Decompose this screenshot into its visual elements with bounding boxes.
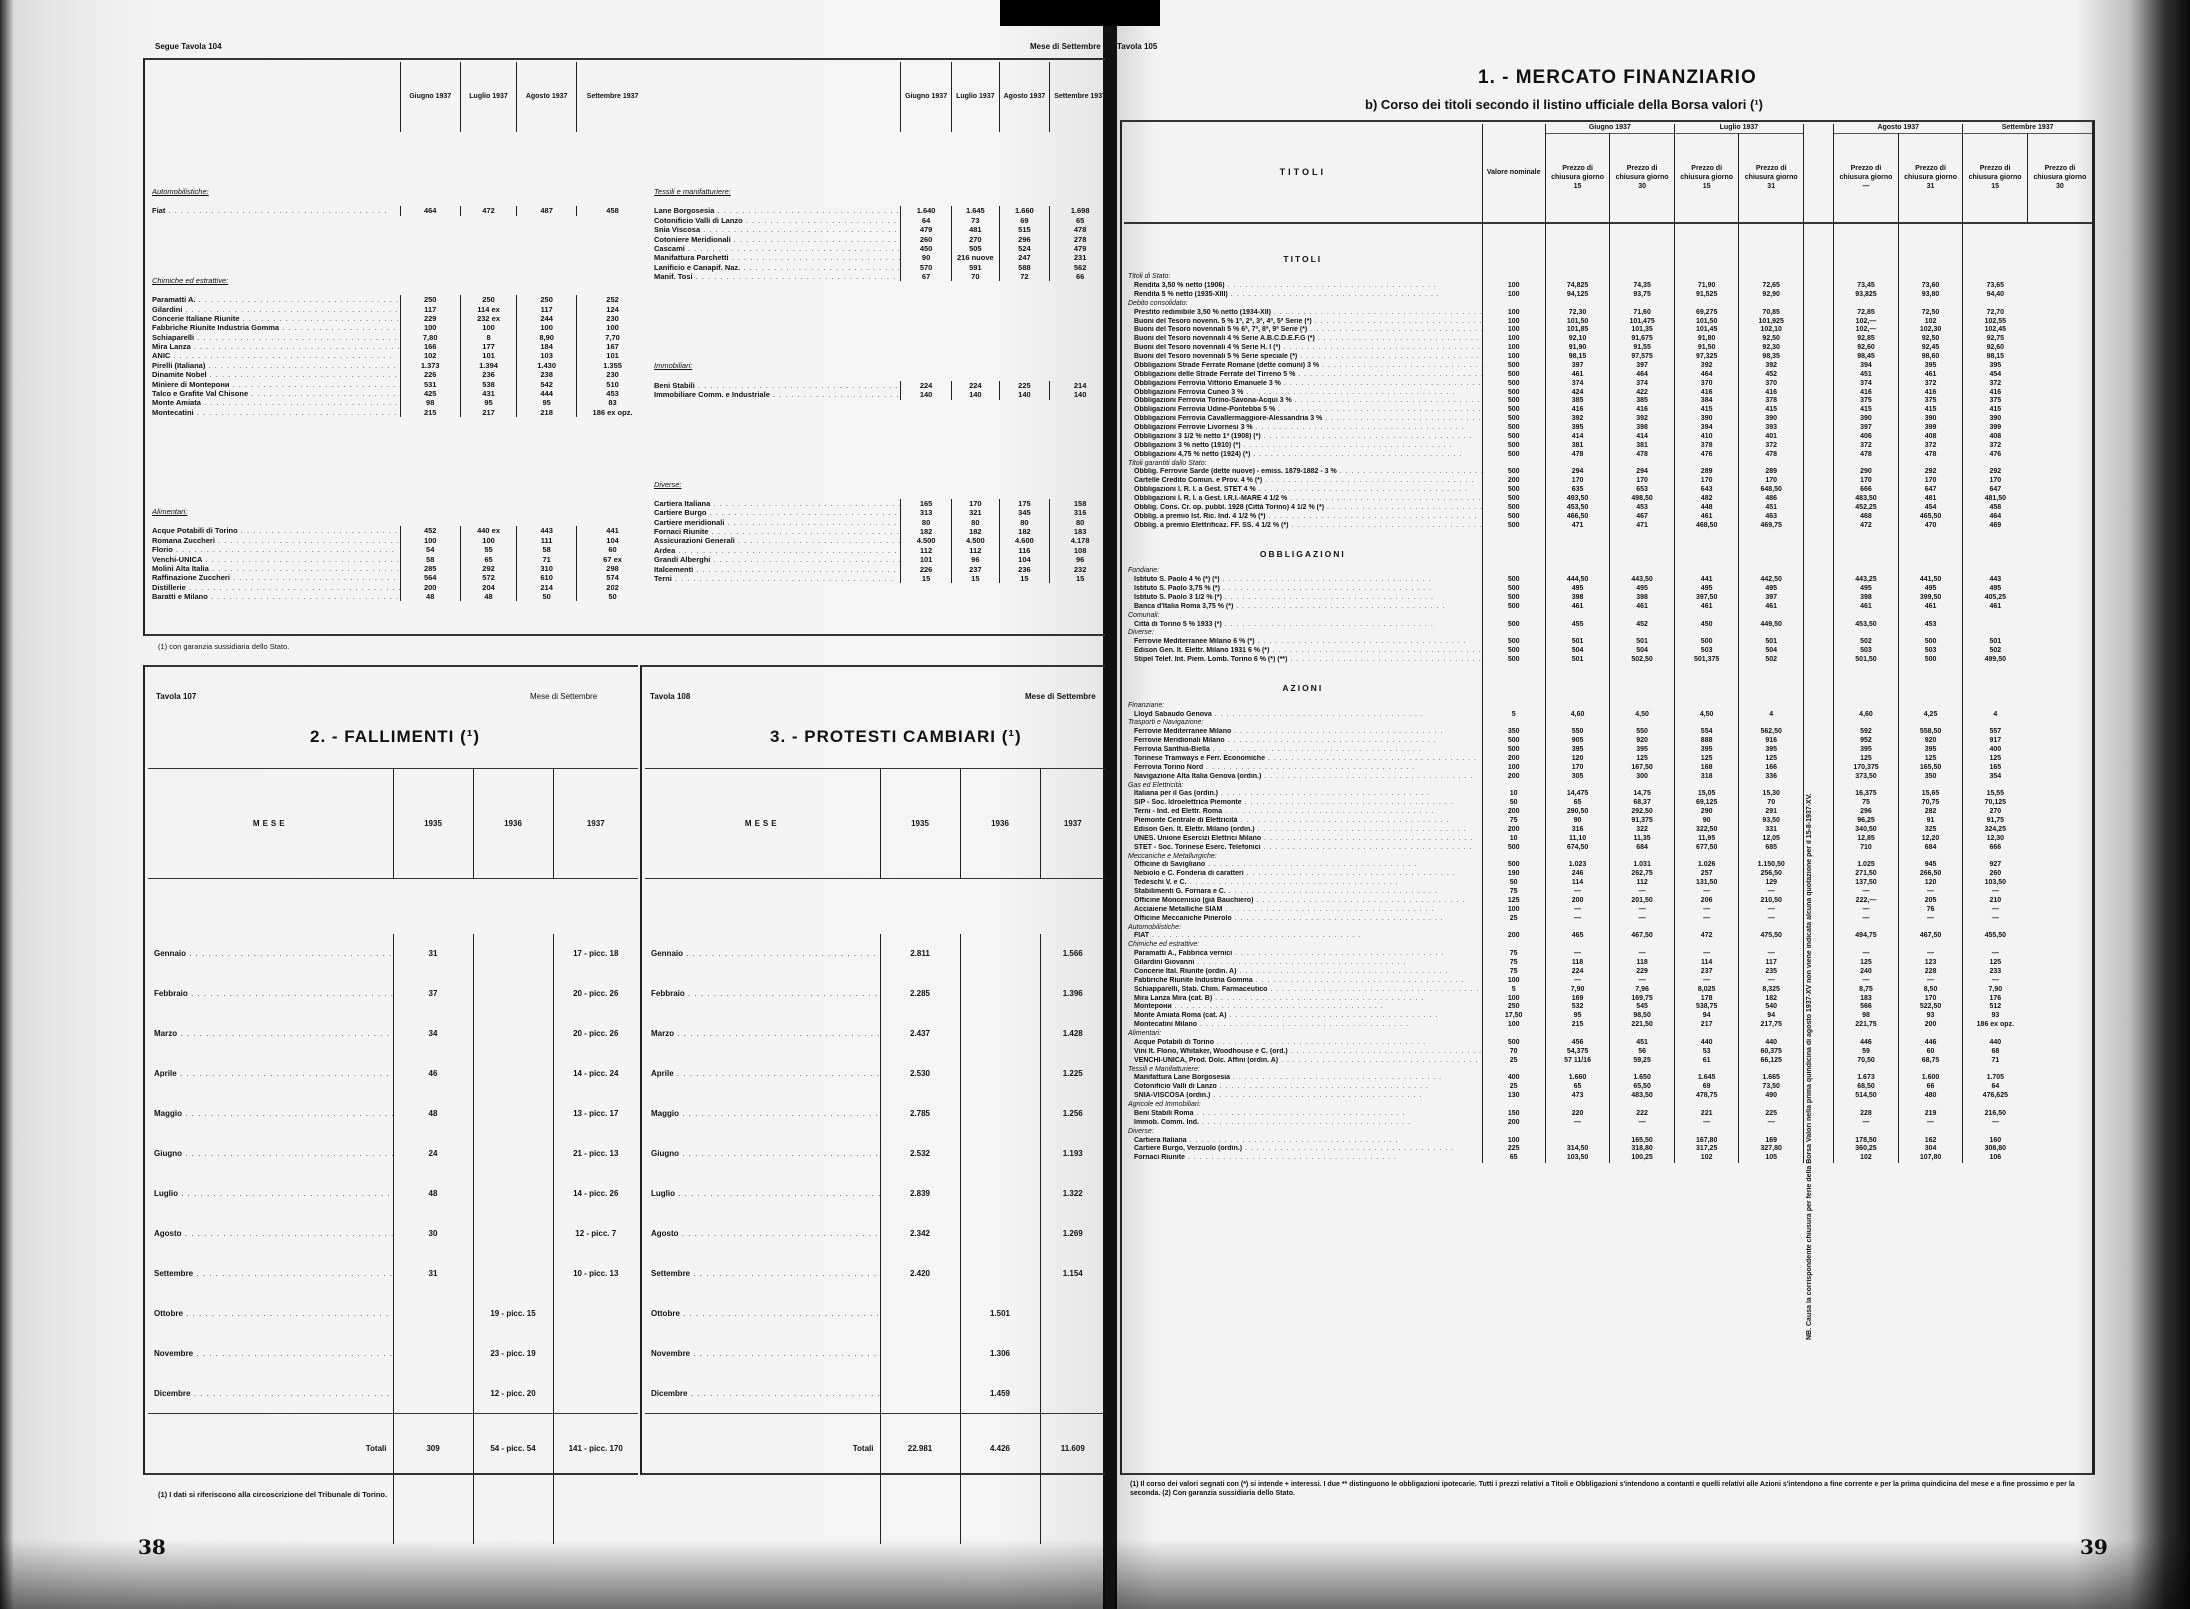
price-value: 410	[1674, 433, 1739, 442]
col-month: Luglio 1937	[952, 62, 1000, 132]
stock-value: 102	[400, 351, 460, 360]
nominal-value: 100	[1482, 335, 1545, 344]
stock-value: 321	[952, 508, 1000, 517]
stock-value: 481	[952, 225, 1000, 234]
nominal-value: 500	[1482, 468, 1545, 477]
nominal-value: 500	[1482, 433, 1545, 442]
stock-value: 80	[999, 518, 1050, 527]
price-value: 512	[1963, 1003, 2028, 1012]
col-mese: MESE	[645, 769, 880, 879]
book-spread: Segue Tavola 104 Mese di Settembre Giugn…	[0, 0, 2190, 1609]
note-column	[1803, 353, 1833, 362]
stock-value: 1.640	[901, 206, 952, 215]
stock-value: 101	[577, 351, 648, 360]
price-value: 72,70	[1963, 309, 2028, 318]
price-value: 408	[1898, 433, 1963, 442]
price-value: —	[1963, 950, 2028, 959]
table-row: Immobiliare Comm. e Industriale140140140…	[650, 390, 1110, 399]
price-value: 170	[1545, 764, 1610, 773]
stock-value: 214	[517, 583, 577, 592]
price-value: 137,50	[1834, 879, 1899, 888]
price-value: 271,50	[1834, 870, 1899, 879]
table-row: Distillerie200204214202	[148, 583, 648, 592]
table-row: Istituto S. Paolo 4 % (*) (*)500444,5044…	[1124, 576, 2092, 585]
table-row: Cartiere meridionali80808080	[650, 518, 1110, 527]
price-value: 475,50	[1739, 932, 1804, 941]
value-y1935: 2.785	[880, 1094, 960, 1134]
col-month-group: Settembre 1937	[1963, 124, 2092, 133]
price-value: 401	[1739, 433, 1804, 442]
price-value: 12,20	[1898, 835, 1963, 844]
price-value: 92,85	[1834, 335, 1899, 344]
value-y1935: 37	[393, 974, 473, 1014]
security-name: Istituto S. Paolo 3,75 % (*)	[1124, 585, 1482, 594]
price-value: —	[1610, 950, 1675, 959]
price-value: 503	[1674, 647, 1739, 656]
stock-value: 1.355	[577, 361, 648, 370]
price-value: 381	[1610, 442, 1675, 451]
table-row: Concerie Ital. Riunite (ordin. A)7522422…	[1124, 968, 2092, 977]
table-row: Florio54555860	[148, 545, 648, 554]
price-value: 540	[1739, 1003, 1804, 1012]
price-value: 443	[1963, 576, 2028, 585]
price-value: 90	[1545, 817, 1610, 826]
price-value: 478	[1898, 451, 1963, 460]
price-value: 476	[1674, 451, 1739, 460]
stock-table-left: Giugno 1937 Luglio 1937 Agosto 1937 Sett…	[148, 62, 648, 601]
value-y1937: 1.396	[1040, 974, 1105, 1014]
price-value: 65,50	[1610, 1083, 1675, 1092]
price-value: 453,50	[1545, 504, 1610, 513]
price-value: 221,50	[1610, 1021, 1675, 1030]
value-y1937	[1040, 1294, 1105, 1334]
stock-value: 250	[517, 295, 577, 304]
price-value: 444,50	[1545, 576, 1610, 585]
price-value: 240	[1834, 968, 1899, 977]
price-value: 260	[1963, 870, 2028, 879]
nominal-value: 70	[1482, 1048, 1545, 1057]
price-value: 373,50	[1834, 773, 1899, 782]
stock-value: 562	[1050, 263, 1110, 272]
price-value: —	[1674, 977, 1739, 986]
price-value: 73,45	[1834, 282, 1899, 291]
price-value: 502	[1739, 656, 1804, 665]
nominal-value: 17,50	[1482, 1012, 1545, 1021]
table-row: Cotonificio Valli di Lanzo64736965	[650, 216, 1110, 225]
price-value: 446	[1898, 1039, 1963, 1048]
nominal-value: 200	[1482, 932, 1545, 941]
security-name: Buoni del Tesoro novennali 5 % 6ª, 7ª, 8…	[1124, 326, 1482, 335]
security-name: SIP - Soc. Idroelettrica Piemonte	[1124, 799, 1482, 808]
price-value: 102	[1898, 318, 1963, 327]
price-value: 91,75	[1963, 817, 2028, 826]
table-row: Aprile2.5301.225	[645, 1054, 1105, 1094]
nominal-value: 225	[1482, 1145, 1545, 1154]
price-value: 70,50	[1834, 1057, 1899, 1066]
stock-value: 217	[460, 408, 516, 417]
stock-value: 108	[1050, 546, 1110, 555]
price-value: —	[1963, 1119, 2028, 1128]
price-value: 354	[1963, 773, 2028, 782]
price-value: 66,125	[1739, 1057, 1804, 1066]
col-price: Prezzo di chiusura giorno 15	[1674, 133, 1739, 223]
stock-value: 140	[952, 390, 1000, 399]
note-column	[1803, 424, 1833, 433]
stock-name: Schiaparelli	[148, 333, 400, 342]
nominal-value: 100	[1482, 282, 1545, 291]
table-row: Febbraio3720 - picc. 26	[148, 974, 638, 1014]
price-value: 318,80	[1610, 1145, 1675, 1154]
price-value: 397	[1834, 424, 1899, 433]
price-value: 98,45	[1834, 353, 1899, 362]
note-column	[1803, 442, 1833, 451]
price-value: 60	[1898, 1048, 1963, 1057]
value-y1936	[960, 1014, 1040, 1054]
col-month: Settembre 1937	[577, 62, 648, 132]
price-value: 710	[1834, 844, 1899, 853]
category-row: Meccaniche e Metallurgiche:	[1124, 853, 2092, 862]
price-value: 374	[1545, 380, 1610, 389]
security-name: Obbligazioni 4,75 % netto (1924) (*)	[1124, 451, 1482, 460]
nominal-value: 500	[1482, 585, 1545, 594]
price-value: 452,25	[1834, 504, 1899, 513]
nominal-value: 500	[1482, 389, 1545, 398]
col-month-group: Giugno 1937	[1545, 124, 1674, 133]
stock-value: 270	[952, 235, 1000, 244]
security-name: Cartelle Credito Comun. e Prov. 4 % (*)	[1124, 477, 1482, 486]
price-value: 927	[1963, 861, 2028, 870]
nominal-value: 500	[1482, 451, 1545, 460]
security-name: Buoni del Tesoro novenn. 5 % 1ª, 2ª, 3ª,…	[1124, 318, 1482, 327]
section-heading: TITOLI	[1124, 223, 1482, 273]
price-value: 395	[1898, 746, 1963, 755]
price-value: 643	[1674, 486, 1739, 495]
price-value: 90	[1674, 817, 1739, 826]
nominal-value: 500	[1482, 415, 1545, 424]
value-y1936: 12 - picc. 20	[473, 1374, 553, 1414]
section-heading: AZIONI	[1124, 665, 1482, 702]
total-y1937: 11.609	[1040, 1414, 1105, 1484]
security-name: Obbligazioni Ferrovia Cavallermaggiore-A…	[1124, 415, 1482, 424]
table-row: Fabbriche Riunite Industria Gomma100————…	[1124, 977, 2092, 986]
table-row: Obblig. a premio Elettrificaz. FF. SS. 4…	[1124, 522, 2092, 531]
table-row: Ardea112112116108	[650, 546, 1110, 555]
table-row: Raffinazione Zuccheri564572610574	[148, 573, 648, 582]
stock-value: 170	[952, 499, 1000, 508]
table-row: UNES. Unione Esercizi Elettrici Milano10…	[1124, 835, 2092, 844]
stock-value: 8,90	[517, 333, 577, 342]
value-y1937	[1040, 1334, 1105, 1374]
table-row: Marzo2.4371.428	[645, 1014, 1105, 1054]
value-y1936	[960, 1134, 1040, 1174]
security-name: Obbligazioni Ferrovia Cuneo 3 %	[1124, 389, 1482, 398]
price-value: 64	[1963, 1083, 2028, 1092]
price-value: 97,325	[1674, 353, 1739, 362]
security-name: Vini It. Florio, Whitaker, Woodhouse e C…	[1124, 1048, 1482, 1057]
col-valore: Valore nominale	[1482, 124, 1545, 223]
nominal-value: 50	[1482, 799, 1545, 808]
value-y1936	[960, 1214, 1040, 1254]
table-row: Monte Amiata Roma (cat. A)17,509598,5094…	[1124, 1012, 2092, 1021]
stock-value: 229	[400, 314, 460, 323]
table-row: Officine Moncenisio (già Bauchiero)12520…	[1124, 897, 2092, 906]
table-row: Dicembre1.459	[645, 1374, 1105, 1414]
category-row: Automobilistiche:	[1124, 924, 2092, 933]
price-value: 246	[1545, 870, 1610, 879]
stock-value: 182	[901, 527, 952, 536]
price-value: 200	[1898, 1021, 1963, 1030]
stock-value: 48	[460, 592, 516, 601]
price-value: 478	[1834, 451, 1899, 460]
value-y1937: 1.225	[1040, 1054, 1105, 1094]
stock-value: 524	[999, 244, 1050, 253]
nominal-value: 100	[1482, 1137, 1545, 1146]
table-row: Ottobre19 - picc. 15	[148, 1294, 638, 1334]
price-value: 393	[1739, 424, 1804, 433]
table-row: Ferrovia Santhià-Biella50039539539539539…	[1124, 746, 2092, 755]
value-y1935: 46	[393, 1054, 473, 1094]
price-value: 550	[1610, 728, 1675, 737]
table-row: Assicurazioni Generali4.5004.5004.6004.1…	[650, 536, 1110, 545]
nominal-value: 10	[1482, 790, 1545, 799]
nominal-value: 500	[1482, 647, 1545, 656]
table-row: Nebiolo e C. Fonderia di caratteri190246…	[1124, 870, 2092, 879]
stock-value: 112	[901, 546, 952, 555]
price-value: 414	[1610, 433, 1675, 442]
security-name: Obblig. a premio Elettrificaz. FF. SS. 4…	[1124, 522, 1482, 531]
price-value: —	[1898, 915, 1963, 924]
stock-value: 184	[517, 342, 577, 351]
category-row: Agricole ed Immobiliari:	[1124, 1101, 2092, 1110]
mercato-footnote: (1) Il corso dei valori segnati con (*) …	[1130, 1480, 2090, 1498]
table-row: Gilardini117114 ex117124	[148, 305, 648, 314]
table-row: Città di Torino 5 % 1933 (*)500455452450…	[1124, 621, 2092, 630]
value-y1935: 2.530	[880, 1054, 960, 1094]
price-value: 495	[1898, 585, 1963, 594]
table-row: ANIC102101103101	[148, 351, 648, 360]
price-value: 168	[1674, 764, 1739, 773]
note-column	[1803, 504, 1833, 513]
stock-value: 247	[999, 253, 1050, 262]
security-name: Tedeschi V. e C.	[1124, 879, 1482, 888]
price-value: 229	[1610, 968, 1675, 977]
table-row: Mira Lanza Mira (cat. B)100169169,751781…	[1124, 995, 2092, 1004]
security-name: Istituto S. Paolo 4 % (*) (*)	[1124, 576, 1482, 585]
price-value: 4,25	[1898, 711, 1963, 720]
price-value: 11,35	[1610, 835, 1675, 844]
nominal-value: 200	[1482, 1119, 1545, 1128]
stock-name: Venchi-UNICA	[148, 555, 400, 564]
stock-value: 4.600	[999, 536, 1050, 545]
price-value: 59	[1834, 1048, 1899, 1057]
top-shadow	[1000, 0, 1160, 26]
price-value: 162	[1898, 1137, 1963, 1146]
col-price: Prezzo di chiusura giorno 31	[1739, 133, 1804, 223]
security-name: Terni - Ind. ed Elettr. Roma	[1124, 808, 1482, 817]
category-row: Diverse:	[1124, 1128, 2092, 1137]
price-value: 476	[1963, 451, 2028, 460]
category-row: Diverse:	[650, 480, 1110, 499]
stock-value: 65	[1050, 216, 1110, 225]
security-name: Obbligazioni Strade Ferrate Romane (dett…	[1124, 362, 1482, 371]
price-value: 101,50	[1674, 318, 1739, 327]
price-value: 504	[1739, 647, 1804, 656]
table-row: Fiat464472487458	[148, 206, 648, 215]
price-value: 103,50	[1545, 1154, 1610, 1163]
price-value: 522,50	[1898, 1003, 1963, 1012]
table-row: Molini Alta Italia285292310298	[148, 564, 648, 573]
price-value: 468	[1834, 513, 1899, 522]
nominal-value: 500	[1482, 746, 1545, 755]
security-name: Lloyd Sabaudo Genova	[1124, 711, 1482, 720]
price-value: 350	[1898, 773, 1963, 782]
note-column	[1803, 318, 1833, 327]
price-value: 501,50	[1834, 656, 1899, 665]
price-value: 71,90	[1674, 282, 1739, 291]
category-label: Chimiche ed estrattive:	[148, 276, 648, 295]
price-value: 91,55	[1610, 344, 1675, 353]
table-row: Venchi-UNICA58657167 ex	[148, 555, 648, 564]
price-value: 494,75	[1834, 932, 1899, 941]
nominal-value: 500	[1482, 594, 1545, 603]
price-value: 103,50	[1963, 879, 2028, 888]
price-value: 416	[1610, 406, 1675, 415]
totals-label: Totali	[148, 1414, 393, 1484]
value-y1937: 20 - picc. 26	[553, 1014, 638, 1054]
price-value: —	[1610, 915, 1675, 924]
price-value: 398	[1610, 594, 1675, 603]
col-1937: 1937	[1040, 769, 1105, 879]
nominal-value: 500	[1482, 424, 1545, 433]
table-row: Buoni del Tesoro novennali 4 % Serie H. …	[1124, 344, 2092, 353]
table-row: Edison Gen. It. Elettr. Milano 1931 6 % …	[1124, 647, 2092, 656]
stock-value: 158	[1050, 499, 1110, 508]
price-value: 91,375	[1610, 817, 1675, 826]
month-label: Gennaio	[148, 934, 393, 974]
stock-value: 570	[901, 263, 952, 272]
security-name: Montecatini Milano	[1124, 1021, 1482, 1030]
table-row: VENCHI-UNICA, Prod. Dolc. Affini (ordin.…	[1124, 1057, 2092, 1066]
nominal-value: 75	[1482, 968, 1545, 977]
nominal-value: 200	[1482, 808, 1545, 817]
stock-name: Immobiliare Comm. e Industriale	[650, 390, 901, 399]
price-value: 499,50	[1963, 656, 2028, 665]
stock-name: Pirelli (Italiana)	[148, 361, 400, 370]
price-value: 76	[1898, 906, 1963, 915]
note-column	[1803, 477, 1833, 486]
nominal-value: 500	[1482, 442, 1545, 451]
stock-name: Cartiere meridionali	[650, 518, 901, 527]
price-value: —	[1834, 915, 1899, 924]
price-value: 101,50	[1545, 318, 1610, 327]
stock-name: Miniere di Montepони	[148, 380, 400, 389]
price-value: 98,60	[1898, 353, 1963, 362]
price-value: 289	[1674, 468, 1739, 477]
nominal-value: 10	[1482, 835, 1545, 844]
price-value: 375	[1963, 397, 2028, 406]
category-label: Diverse:	[1124, 629, 1482, 638]
fallimenti-table: MESE 1935 1936 1937 Gennaio3117 - picc. …	[148, 768, 638, 1544]
stock-name: Assicurazioni Generali	[650, 536, 901, 545]
price-value: 500	[1898, 656, 1963, 665]
note-column	[1803, 282, 1833, 291]
price-value: 1.673	[1834, 1074, 1899, 1083]
table-row: Rendita 3,50 % netto (1906)10074,82574,3…	[1124, 282, 2092, 291]
category-row: Comunali:	[1124, 612, 2092, 621]
month-label: Febbraio	[645, 974, 880, 1014]
price-value: 102,30	[1898, 326, 1963, 335]
price-value: 1.025	[1834, 861, 1899, 870]
col-1935: 1935	[393, 769, 473, 879]
price-value: 441	[1674, 576, 1739, 585]
value-y1935	[393, 1334, 473, 1374]
price-value: 54,375	[1545, 1048, 1610, 1057]
stock-value: 278	[1050, 235, 1110, 244]
value-y1935	[880, 1294, 960, 1334]
price-value: 282	[1898, 808, 1963, 817]
value-y1936	[473, 974, 553, 1014]
price-value: 502	[1963, 647, 2028, 656]
stock-value: 72	[999, 272, 1050, 281]
nominal-value: 500	[1482, 656, 1545, 665]
price-value: 91,80	[1674, 335, 1739, 344]
security-name: Rendita 5 % netto (1935-XIII)	[1124, 291, 1482, 300]
price-value: 416	[1739, 389, 1804, 398]
table-row: STET - Soc. Torinese Eserc. Telefonici50…	[1124, 844, 2092, 853]
stock-value: 96	[1050, 555, 1110, 564]
category-label: Tessili e manifatturiere:	[650, 187, 1110, 206]
stock-value: 83	[577, 398, 648, 407]
security-name: Acque Potabili di Torino	[1124, 1039, 1482, 1048]
stock-value: 453	[577, 389, 648, 398]
price-value: 554	[1674, 728, 1739, 737]
price-value: —	[1545, 1119, 1610, 1128]
col-month-group: Luglio 1937	[1674, 124, 1803, 133]
price-value: 414	[1545, 433, 1610, 442]
price-value: 397	[1610, 362, 1675, 371]
stock-value: 104	[577, 536, 648, 545]
stock-value: 4.178	[1050, 536, 1110, 545]
price-value: 558,50	[1898, 728, 1963, 737]
stock-value: 50	[517, 592, 577, 601]
price-value: 461	[1545, 603, 1610, 612]
table-row: Buoni del Tesoro novennali 5 % Serie spe…	[1124, 353, 2092, 362]
nominal-value: 350	[1482, 728, 1545, 737]
table-row: Obbligazioni Ferrovia Cavallermaggiore-A…	[1124, 415, 2092, 424]
price-value: 945	[1898, 861, 1963, 870]
col-name	[650, 62, 901, 132]
stock-name: Acque Potabili di Torino	[148, 526, 400, 535]
price-value: 97,575	[1610, 353, 1675, 362]
stock-value: 345	[999, 508, 1050, 517]
price-value: 12,30	[1963, 835, 2028, 844]
note-column	[1803, 371, 1833, 380]
price-value: 178	[1674, 995, 1739, 1004]
month-label: Ottobre	[148, 1294, 393, 1334]
price-value: 504	[1545, 647, 1610, 656]
price-value: 4,60	[1545, 711, 1610, 720]
security-name: UNES. Unione Esercizi Elettrici Milano	[1124, 835, 1482, 844]
price-value: 465,50	[1898, 513, 1963, 522]
price-value: 495	[1963, 585, 2028, 594]
security-name: Navigazione Alta Italia Genova (ordin.)	[1124, 773, 1482, 782]
table-row: Cotonificio Valli di Lanzo256565,506973,…	[1124, 1083, 2092, 1092]
month-label: Giugno	[148, 1134, 393, 1174]
price-value: 463	[1739, 513, 1804, 522]
nominal-value: 200	[1482, 477, 1545, 486]
price-value: 390	[1674, 415, 1739, 424]
price-value: 390	[1834, 415, 1899, 424]
